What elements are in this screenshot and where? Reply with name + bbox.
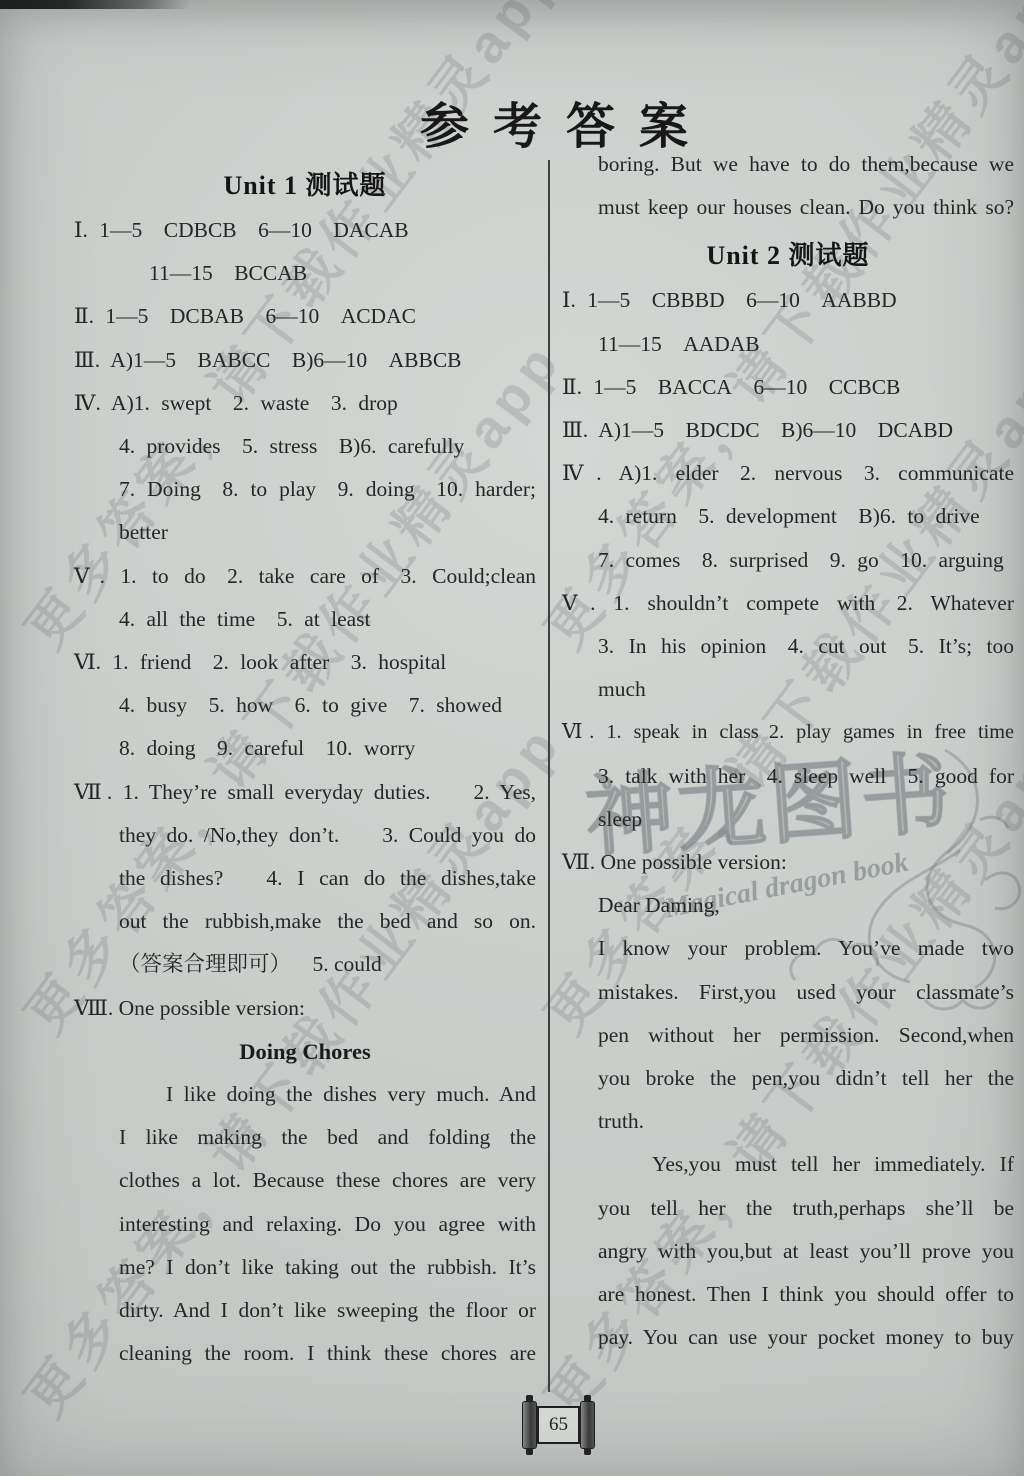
- column-left: Unit 1 测试题 Ⅰ. 1—5 CDBCB 6—10 DACAB11—15 …: [74, 163, 536, 1375]
- text-line: you tell her the truth,perhaps she’ll be: [562, 1187, 1014, 1230]
- text-line: I like making the bed and folding the: [74, 1116, 536, 1159]
- text-line: Ⅶ. One possible version:: [562, 841, 1014, 884]
- text-line: Ⅱ. 1—5 DCBAB 6—10 ACDAC: [74, 295, 536, 338]
- text-line: Ⅳ. A)1. swept 2. waste 3. drop: [74, 382, 536, 425]
- text-line: Ⅰ. 1—5 CDBCB 6—10 DACAB: [74, 209, 536, 252]
- text-line: must keep our houses clean. Do you think…: [562, 186, 1014, 229]
- text-line: Dear Daming,: [562, 884, 1014, 927]
- text-line: 3. talk with her 4. sleep well 5. good f…: [562, 755, 1014, 798]
- scan-edge-strip: [0, 0, 190, 9]
- text-line: Ⅲ. A)1—5 BDCDC B)6—10 DCABD: [562, 409, 1014, 452]
- text-line: Ⅵ. 1. friend 2. look after 3. hospital: [74, 641, 536, 684]
- text-line: I know your problem. You’ve made two: [562, 927, 1014, 970]
- unit1-essay-continued: boring. But we have to do them,because w…: [562, 143, 1014, 229]
- text-line: 11—15 BCCAB: [74, 252, 536, 295]
- text-line: better: [74, 511, 536, 554]
- page-number: 65: [537, 1406, 580, 1444]
- text-line: you broke the pen,you didn’t tell her th…: [562, 1057, 1014, 1100]
- text-line: 11—15 AADAB: [562, 323, 1014, 366]
- scroll-roller-right-icon: [580, 1401, 595, 1449]
- text-line: 8. doing 9. careful 10. worry: [74, 727, 536, 770]
- text-line: Ⅵ. 1. speak in class 2. play games in fr…: [562, 711, 1014, 754]
- text-line: （答案合理即可） 5. could: [74, 943, 536, 986]
- column-divider: [548, 160, 550, 1392]
- text-line: cleaning the room. I think these chores …: [74, 1332, 536, 1375]
- text-line: Ⅶ. 1. They’re small everyday duties. 2. …: [74, 771, 536, 814]
- text-line: are honest. Then I think you should offe…: [562, 1273, 1014, 1316]
- text-line: 7. comes 8. surprised 9. go 10. arguing: [562, 539, 1014, 582]
- text-line: out the rubbish,make the bed and so on.: [74, 900, 536, 943]
- text-line: Ⅰ. 1—5 CBBBD 6—10 AABBD: [562, 279, 1014, 322]
- text-line: angry with you,but at least you’ll prove…: [562, 1230, 1014, 1273]
- text-line: Yes,you must tell her immediately. If: [562, 1143, 1014, 1186]
- text-line: pen without her permission. Second,when: [562, 1014, 1014, 1057]
- text-line: interesting and relaxing. Do you agree w…: [74, 1203, 536, 1246]
- text-line: Doing Chores: [74, 1030, 536, 1073]
- page-number-scroll: 65: [522, 1401, 595, 1449]
- unit2-answers: Ⅰ. 1—5 CBBBD 6—10 AABBD11—15 AADABⅡ. 1—5…: [562, 279, 1014, 1359]
- text-line: sleep: [562, 798, 1014, 841]
- text-line: Ⅴ. 1. to do 2. take care of 3. Could;cle…: [74, 555, 536, 598]
- text-line: 4. return 5. development B)6. to drive: [562, 495, 1014, 538]
- text-line: 7. Doing 8. to play 9. doing 10. harder;: [74, 468, 536, 511]
- text-line: truth.: [562, 1100, 1014, 1143]
- text-line: much: [562, 668, 1014, 711]
- unit2-heading: Unit 2 测试题: [562, 229, 1014, 279]
- text-line: 4. provides 5. stress B)6. carefully: [74, 425, 536, 468]
- text-line: they do. /No,they don’t. 3. Could you do: [74, 814, 536, 857]
- text-line: Ⅱ. 1—5 BACCA 6—10 CCBCB: [562, 366, 1014, 409]
- text-line: Ⅷ. One possible version:: [74, 987, 536, 1030]
- text-line: 4. busy 5. how 6. to give 7. showed: [74, 684, 536, 727]
- text-line: boring. But we have to do them,because w…: [562, 143, 1014, 186]
- text-line: Ⅲ. A)1—5 BABCC B)6—10 ABBCB: [74, 339, 536, 382]
- text-line: the dishes? 4. I can do the dishes,take: [74, 857, 536, 900]
- text-line: mistakes. First,you used your classmate’…: [562, 971, 1014, 1014]
- unit1-answers: Ⅰ. 1—5 CDBCB 6—10 DACAB11—15 BCCABⅡ. 1—5…: [74, 209, 536, 1375]
- text-line: pay. You can use your pocket money to bu…: [562, 1316, 1014, 1359]
- text-line: clothes a lot. Because these chores are …: [74, 1159, 536, 1202]
- unit1-heading: Unit 1 测试题: [74, 163, 536, 209]
- text-line: 3. In his opinion 4. cut out 5. It’s; to…: [562, 625, 1014, 668]
- column-right: boring. But we have to do them,because w…: [562, 143, 1014, 1359]
- text-line: Ⅳ. A)1. elder 2. nervous 3. communicate: [562, 452, 1014, 495]
- text-line: me? I don’t like taking out the rubbish.…: [74, 1246, 536, 1289]
- text-line: I like doing the dishes very much. And: [74, 1073, 536, 1116]
- text-line: dirty. And I don’t like sweeping the flo…: [74, 1289, 536, 1332]
- text-line: 4. all the time 5. at least: [74, 598, 536, 641]
- scroll-roller-left-icon: [522, 1401, 537, 1449]
- text-line: Ⅴ. 1. shouldn’t compete with 2. Whatever: [562, 582, 1014, 625]
